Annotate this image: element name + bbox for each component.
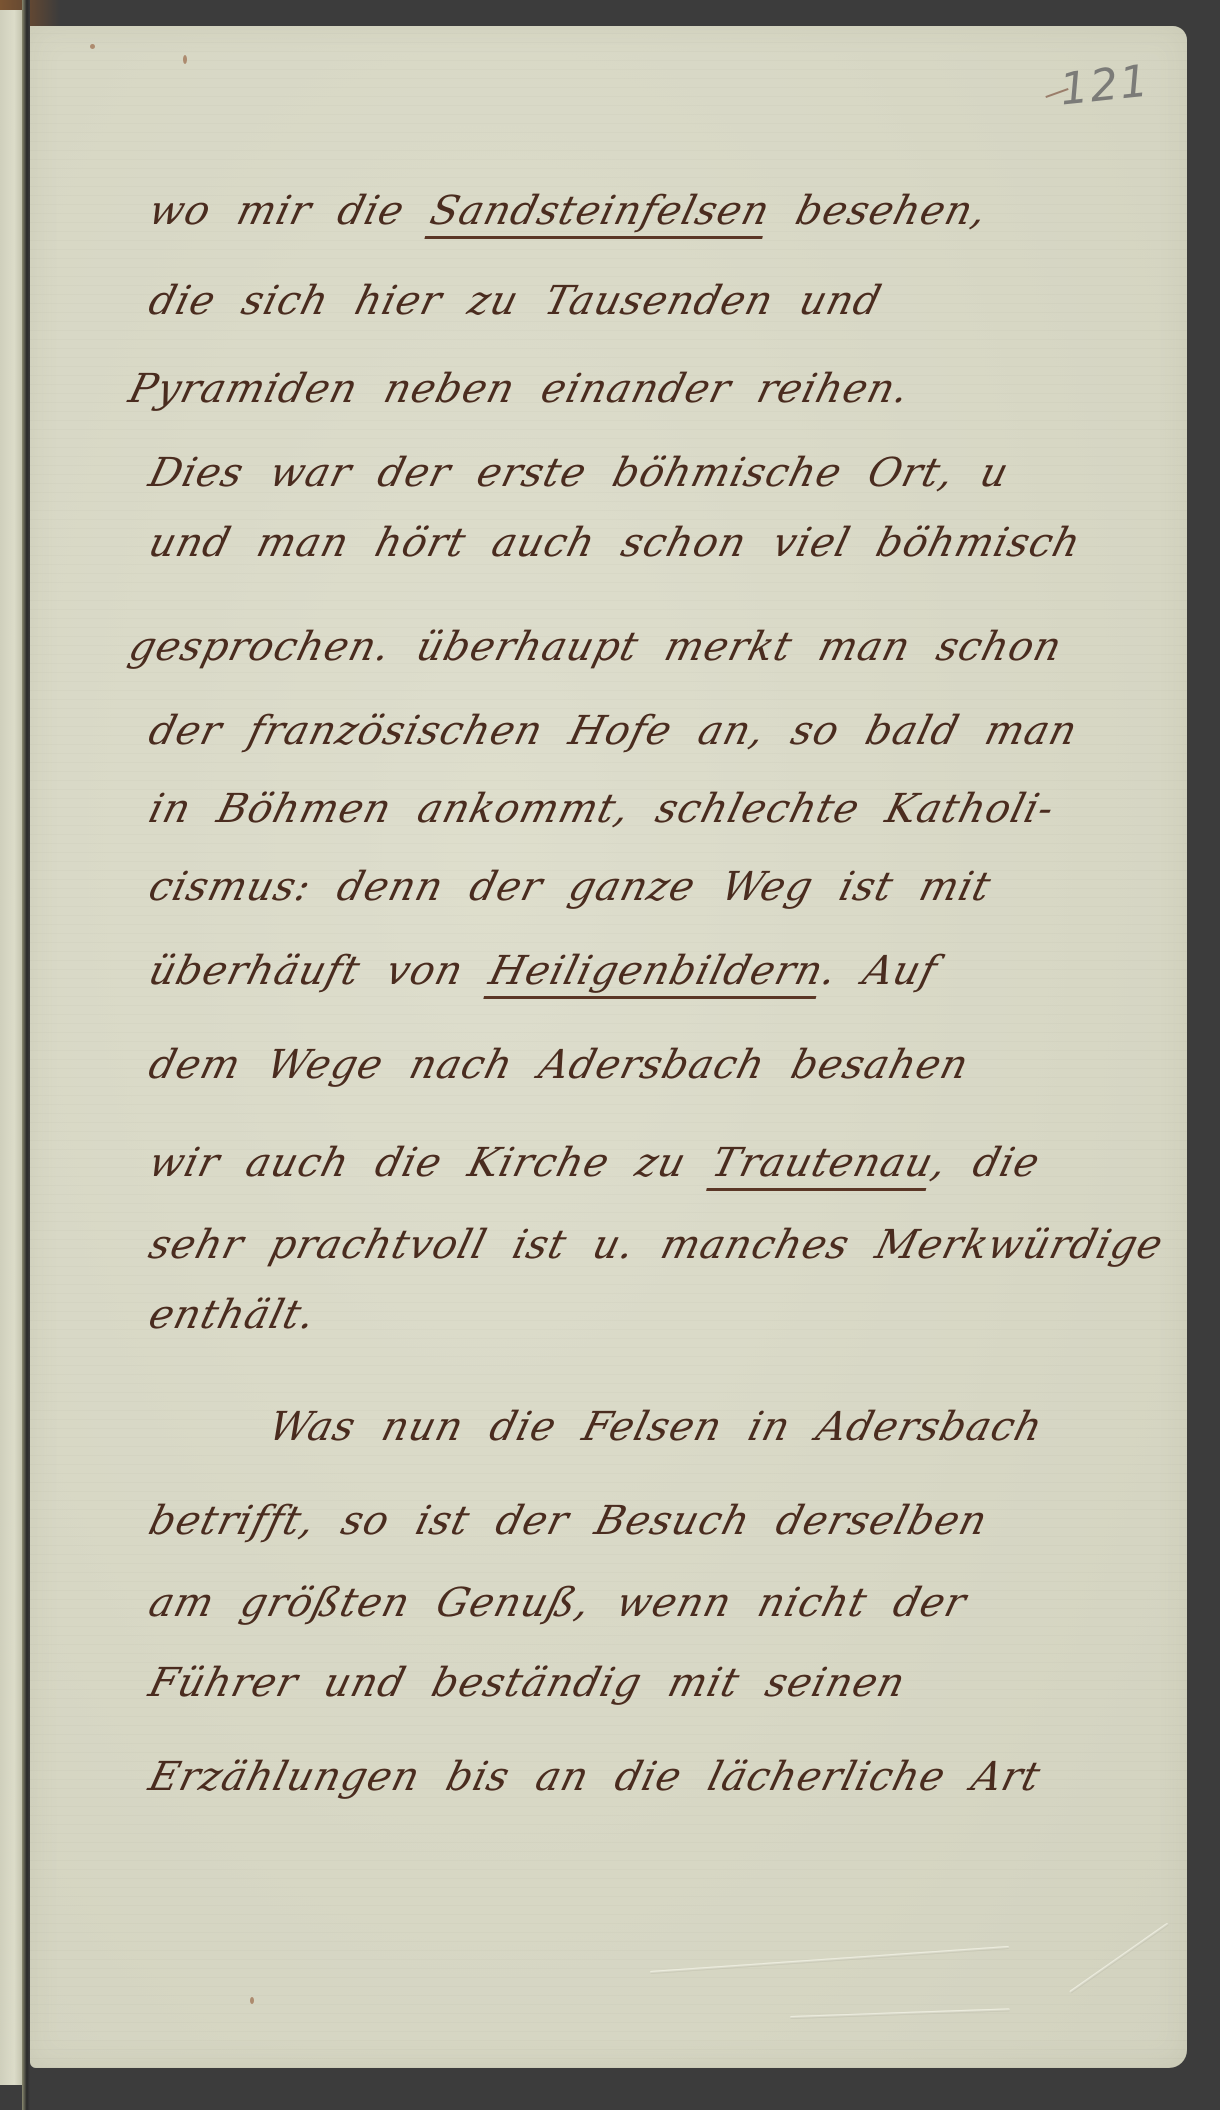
manuscript-line-10: überhäuft von Heiligenbildern. Auf: [144, 948, 942, 994]
manuscript-line-16: betrifft, so ist der Besuch derselben: [144, 1498, 992, 1544]
ink-speck: [250, 1997, 254, 2004]
manuscript-line-11: dem Wege nach Adersbach besahen: [144, 1042, 973, 1088]
text-segment: überhäuft von: [144, 948, 496, 994]
underlined-word: Trautenau: [707, 1140, 938, 1186]
manuscript-line-9: cismus: denn der ganze Weg ist mit: [144, 864, 996, 910]
manuscript-line-7: der französischen Hofe an, so bald man: [144, 708, 1082, 754]
manuscript-line-8: in Böhmen ankommt, schlechte Katholi-: [144, 786, 1059, 832]
text-segment: wir auch die Kirche zu: [144, 1140, 719, 1186]
underlined-word: Heiligenbildern: [485, 948, 829, 994]
manuscript-line-15: Was nun die Felsen in Adersbach: [264, 1404, 1047, 1450]
ink-speck: [183, 55, 187, 64]
paper-crease: [650, 1946, 1009, 1974]
manuscript-line-1: wo mir die Sandsteinfelsen besehen,: [144, 188, 992, 234]
paper-crease: [1069, 1922, 1169, 1993]
manuscript-line-18: Führer und beständig mit seinen: [144, 1660, 910, 1706]
manuscript-line-14: enthält.: [144, 1292, 320, 1338]
book-gutter: [22, 0, 30, 2110]
text-segment: besahen: [759, 1042, 974, 1088]
text-segment: . Auf: [817, 948, 942, 994]
manuscript-line-5: und man hört auch schon viel böhmisch: [144, 520, 1086, 566]
manuscript-line-3: Pyramiden neben einander reihen.: [124, 366, 914, 412]
text-segment: , die: [927, 1140, 1045, 1186]
manuscript-line-2: die sich hier zu Tausenden und: [144, 278, 886, 324]
manuscript-line-17: am größten Genuß, wenn nicht der: [144, 1580, 971, 1626]
manuscript-line-19: Erzählungen bis an die lächerliche Art: [144, 1754, 1045, 1800]
underlined-word: Sandsteinfelsen: [426, 188, 775, 234]
text-segment: dem Wege nach: [144, 1042, 545, 1088]
manuscript-line-4: Dies war der erste böhmische Ort, u: [144, 450, 1014, 496]
place-name: Adersbach: [534, 1042, 770, 1088]
manuscript-line-12: wir auch die Kirche zu Trautenau, die: [144, 1140, 1045, 1186]
text-segment: wo mir die: [144, 188, 437, 234]
paper-crease: [790, 2008, 1010, 2019]
text-segment: besehen,: [763, 188, 992, 234]
folio-number: 121: [1058, 55, 1153, 115]
facing-page-edge: [0, 10, 24, 2085]
manuscript-line-13: sehr prachtvoll ist u. manches Merkwürdi…: [144, 1222, 1168, 1268]
ink-speck: [90, 44, 95, 49]
manuscript-line-6: gesprochen. überhaupt merkt man schon: [124, 624, 1067, 670]
